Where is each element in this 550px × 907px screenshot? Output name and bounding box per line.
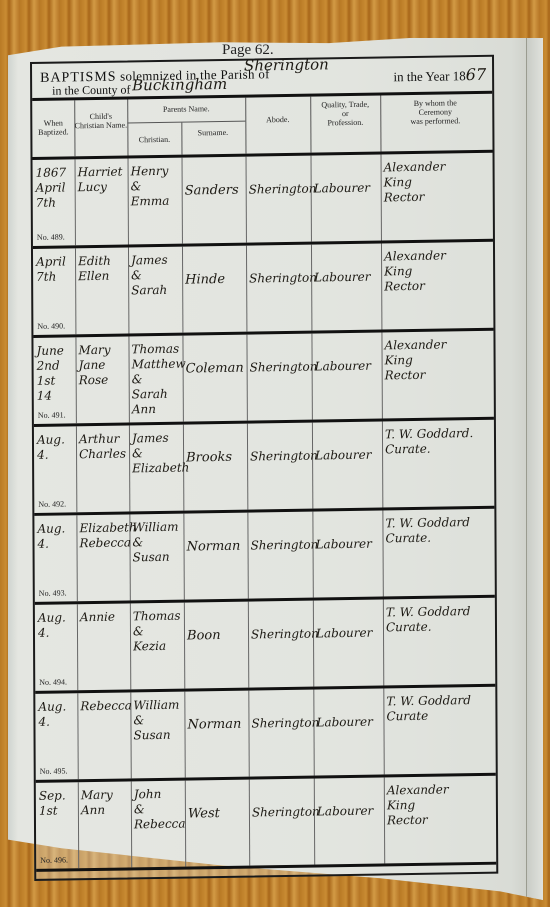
table-row: 1867 April 7thNo. 489.Harriet LucyHenry … <box>33 153 493 249</box>
register-entries: 1867 April 7thNo. 489.Harriet LucyHenry … <box>33 153 497 879</box>
cell-surname: Norman <box>184 691 249 778</box>
entry-abode: Sherington <box>249 182 317 198</box>
cell-abode: Sherington <box>248 601 314 688</box>
entry-surname: West <box>188 806 220 821</box>
cell-surname: Brooks <box>183 424 248 511</box>
county-name: Buckingham <box>132 75 227 94</box>
cell-profession: Labourer <box>313 688 384 775</box>
entry-profession: Labourer <box>316 626 372 642</box>
cell-date: Aug. 4.No. 493. <box>34 515 77 602</box>
cell-date: 1867 April 7thNo. 489. <box>33 159 76 246</box>
entry-date: April 7th <box>36 254 66 284</box>
entry-profession: Labourer <box>314 270 370 286</box>
page-edge <box>526 38 543 900</box>
cell-date: June 2nd 1st 14No. 491. <box>33 337 76 424</box>
table-row: June 2nd 1st 14No. 491.Mary Jane RoseTho… <box>33 331 493 427</box>
cell-profession: Labourer <box>312 510 383 597</box>
entry-by: T. W. Goddard Curate. <box>385 515 470 546</box>
cell-by: T. W. Goddard Curate. <box>383 598 493 686</box>
entry-parents: Henry & Emma <box>131 164 170 210</box>
year-value: 67 <box>466 65 486 84</box>
year-field: in the Year 1867 <box>393 65 486 85</box>
entry-date: Aug. 4. <box>37 521 65 551</box>
entry-date: June 2nd 1st 14 <box>36 343 75 404</box>
table-row: Aug. 4.No. 495.RebeccaWilliam & SusanNor… <box>35 687 495 783</box>
cell-surname: Norman <box>183 513 248 600</box>
table-row: Sep. 1stNo. 496.Mary AnnJohn & RebeccaWe… <box>36 776 496 872</box>
entry-abode: Sherington <box>250 359 318 375</box>
entry-surname: Norman <box>187 539 241 555</box>
parish-name: Sherington <box>244 55 329 74</box>
entry-abode: Sherington <box>249 270 317 286</box>
cell-parents: Thomas & Kezia <box>130 603 185 690</box>
cell-child: Rebecca <box>77 692 131 779</box>
cell-parents: Henry & Emma <box>128 158 183 245</box>
cell-profession: Labourer <box>311 154 382 241</box>
entry-child: Mary Jane Rose <box>78 343 110 388</box>
entry-number: No. 493. <box>39 588 67 597</box>
table-row: April 7thNo. 490.Edith EllenJames & Sara… <box>33 242 493 338</box>
table-row: Aug. 4.No. 493.Elizabeth RebeccaWilliam … <box>34 509 494 605</box>
cell-abode: Sherington <box>246 334 312 421</box>
entry-number: No. 491. <box>38 410 66 419</box>
cell-child: Mary Ann <box>78 781 132 868</box>
cell-by: Alexander King Rector <box>384 776 494 864</box>
entry-profession: Labourer <box>316 537 372 553</box>
col-when: WhenBaptized. <box>32 100 75 157</box>
county-label: in the County of <box>52 82 130 98</box>
cell-by: Alexander King Rector <box>381 331 491 419</box>
cell-by: T. W. Goddard Curate. <box>382 509 492 597</box>
cell-abode: Sherington <box>246 245 312 332</box>
entry-by: Alexander King Rector <box>384 248 446 294</box>
cell-date: Aug. 4.No. 495. <box>35 693 78 780</box>
entry-parents: James & Sarah <box>131 253 168 299</box>
entry-profession: Labourer <box>315 359 371 375</box>
cell-profession: Labourer <box>311 243 382 330</box>
entry-date: Aug. 4. <box>38 699 77 730</box>
entry-by: Alexander King Rector <box>387 782 449 828</box>
entry-abode: Sherington <box>251 715 319 731</box>
cell-abode: Sherington <box>246 156 312 243</box>
cell-surname: Sanders <box>182 157 247 244</box>
entry-profession: Labourer <box>317 804 373 820</box>
col-parents: Parents Name. Christian. Surname. <box>127 98 246 156</box>
entry-parents: John & Rebecca <box>134 787 186 833</box>
entry-child: Annie <box>80 610 115 626</box>
entry-number: No. 494. <box>39 677 67 686</box>
entry-child: Arthur Charles <box>79 431 126 462</box>
cell-child: Elizabeth Rebecca <box>76 514 130 601</box>
cell-child: Edith Ellen <box>75 247 129 334</box>
table-row: Aug. 4.No. 492.Arthur CharlesJames & Eli… <box>34 420 494 516</box>
col-by-whom: By whom theCeremonywas performed. <box>380 94 490 152</box>
cell-abode: Sherington <box>247 423 313 510</box>
cell-child: Harriet Lucy <box>75 158 129 245</box>
col-child: Child'sChristian Name. <box>74 99 128 156</box>
entry-parents: James & Elizabeth <box>132 431 189 477</box>
baptism-register: BAPTISMS solemnized in the Parish of She… <box>30 55 498 881</box>
entry-parents: William & Susan <box>133 698 179 744</box>
entry-child: Edith Ellen <box>78 254 111 285</box>
cell-parents: William & Susan <box>129 514 184 601</box>
entry-number: No. 490. <box>37 321 65 330</box>
entry-by: Alexander King Rector <box>384 159 446 205</box>
cell-by: Alexander King Rector <box>381 153 491 241</box>
entry-profession: Labourer <box>315 448 371 464</box>
cell-profession: Labourer <box>312 421 383 508</box>
entry-surname: Hinde <box>185 272 225 288</box>
cell-abode: Sherington <box>247 512 313 599</box>
cell-profession: Labourer <box>313 599 384 686</box>
entry-date: Aug. 4. <box>38 610 66 640</box>
cell-profession: Labourer <box>314 777 385 864</box>
entry-number: No. 489. <box>37 232 65 241</box>
cell-parents: James & Sarah <box>128 247 183 334</box>
cell-parents: John & Rebecca <box>131 781 186 868</box>
entry-by: T. W. Goddard Curate <box>386 693 471 724</box>
cell-date: Sep. 1stNo. 496. <box>36 782 79 869</box>
col-abode: Abode. <box>245 97 311 154</box>
entry-child: Elizabeth Rebecca <box>79 520 136 551</box>
cell-surname: Coleman <box>182 335 247 422</box>
cell-date: Aug. 4.No. 494. <box>35 604 78 691</box>
cell-parents: James & Elizabeth <box>129 425 184 512</box>
column-headers: WhenBaptized. Child'sChristian Name. Par… <box>32 94 492 160</box>
entry-surname: Coleman <box>186 361 244 377</box>
cell-surname: Boon <box>184 602 249 689</box>
entry-parents: William & Susan <box>132 520 178 566</box>
cell-by: T. W. Goddard. Curate. <box>382 420 492 508</box>
cell-child: Mary Jane Rose <box>75 336 129 423</box>
cell-parents: William & Susan <box>130 692 185 779</box>
entry-profession: Labourer <box>314 181 370 197</box>
entry-parents: Thomas Matthew & Sarah Ann <box>131 342 186 418</box>
entry-surname: Brooks <box>186 450 232 466</box>
cell-by: T. W. Goddard Curate <box>383 687 493 775</box>
entry-child: Mary Ann <box>81 788 113 819</box>
entry-abode: Sherington <box>252 804 320 820</box>
entry-date: 1867 April 7th <box>36 165 67 210</box>
entry-number: No. 495. <box>40 766 68 775</box>
cell-surname: Hinde <box>182 246 247 333</box>
entry-profession: Labourer <box>316 715 372 731</box>
cell-parents: Thomas Matthew & Sarah Ann <box>128 336 183 423</box>
entry-child: Rebecca <box>80 698 132 714</box>
entry-by: T. W. Goddard. Curate. <box>385 426 473 457</box>
entry-surname: Sanders <box>185 183 239 199</box>
entry-abode: Sherington <box>251 537 319 553</box>
entry-date: Aug. 4. <box>37 432 76 463</box>
cell-profession: Labourer <box>311 332 382 419</box>
entry-abode: Sherington <box>251 626 319 642</box>
cell-surname: West <box>185 780 250 867</box>
cell-by: Alexander King Rector <box>381 242 491 330</box>
entry-child: Harriet Lucy <box>78 165 123 196</box>
entry-surname: Boon <box>187 628 221 644</box>
entry-number: No. 492. <box>38 499 66 508</box>
col-surname: Surname. <box>181 122 244 155</box>
col-quality: Quality, Trade,orProfession. <box>310 95 381 152</box>
cell-date: Aug. 4.No. 492. <box>34 426 77 513</box>
col-christian: Christian. <box>127 123 182 156</box>
entry-abode: Sherington <box>250 448 318 464</box>
entry-date: Sep. 1st <box>39 788 66 818</box>
entry-parents: Thomas & Kezia <box>133 609 181 655</box>
cell-abode: Sherington <box>248 690 314 777</box>
cell-child: Annie <box>77 603 131 690</box>
table-row: Aug. 4.No. 494.AnnieThomas & KeziaBoonSh… <box>35 598 495 694</box>
entry-by: T. W. Goddard Curate. <box>386 604 471 635</box>
cell-date: April 7thNo. 490. <box>33 248 76 335</box>
cell-child: Arthur Charles <box>76 425 130 512</box>
entry-number: No. 496. <box>40 855 68 864</box>
cell-abode: Sherington <box>249 779 315 866</box>
entry-surname: Norman <box>187 717 241 733</box>
entry-by: Alexander King Rector <box>384 337 446 383</box>
